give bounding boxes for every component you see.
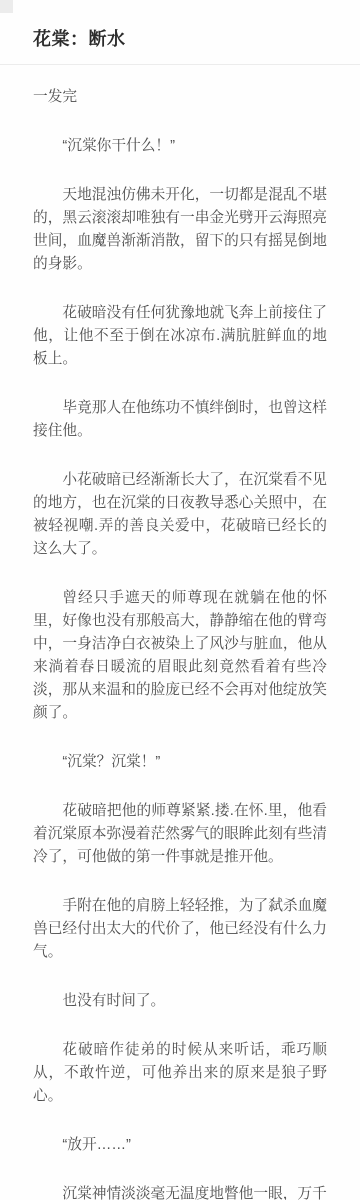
story-paragraph-clipped: 沉棠神情淡淡毫无温度地瞥他一眼，万千: [33, 1183, 327, 1200]
story-paragraph: 小花破暗已经渐渐长大了，在沉棠看不见的地方，也在沉棠的日夜教导悉心关照中，在被轻…: [33, 469, 327, 561]
story-paragraph-dialogue: “沉棠你干什么！”: [33, 135, 327, 158]
story-paragraph: 花破暗把他的师尊紧紧.搂.在怀.里，他看着沉棠原本弥漫着茫然雾气的眼眸此刻有些清…: [33, 800, 327, 869]
story-paragraph: 花破暗没有任何犹豫地就飞奔上前接住了他，让他不至于倒在冰凉布.满肮脏鲜血的地板上…: [33, 302, 327, 371]
story-paragraph-dialogue: “沉棠？沉棠！”: [33, 751, 327, 774]
story-paragraph: 天地混浊仿佛未开化，一切都是混乱不堪的，黑云滚滚却唯独有一串金光劈开云海照亮世间…: [33, 184, 327, 276]
author-note: 一发完: [33, 86, 327, 109]
story-paragraph: 花破暗作徒弟的时候从来听话，乖巧顺从，不敢忤逆，可他养出来的原来是狼子野心。: [33, 1039, 327, 1108]
reader-page: 花棠：断水 一发完 “沉棠你干什么！” 天地混浊仿佛未开化，一切都是混乱不堪的，…: [0, 0, 360, 1200]
story-paragraph: 曾经只手遮天的师尊现在就躺在他的怀里，好像也没有那般高大，静静缩在他的臂弯中，一…: [33, 587, 327, 725]
corner-artifact: [0, 0, 13, 13]
story-paragraph: 手附在他的肩膀上轻轻推，为了弑杀血魔兽已经付出太大的代价了，他已经没有什么力气。: [33, 895, 327, 964]
story-paragraph-dialogue: “放开……”: [33, 1134, 327, 1157]
story-paragraph: 毕竟那人在他练功不慎绊倒时，也曾这样接住他。: [33, 397, 327, 443]
story-body: “沉棠你干什么！” 天地混浊仿佛未开化，一切都是混乱不堪的，黑云滚滚却唯独有一串…: [33, 135, 327, 1200]
chapter-title: 花棠：断水: [33, 27, 327, 51]
chapter-content: 花棠：断水 一发完 “沉棠你干什么！” 天地混浊仿佛未开化，一切都是混乱不堪的，…: [0, 0, 360, 1200]
title-divider: [0, 64, 360, 65]
story-paragraph: 也没有时间了。: [33, 990, 327, 1013]
